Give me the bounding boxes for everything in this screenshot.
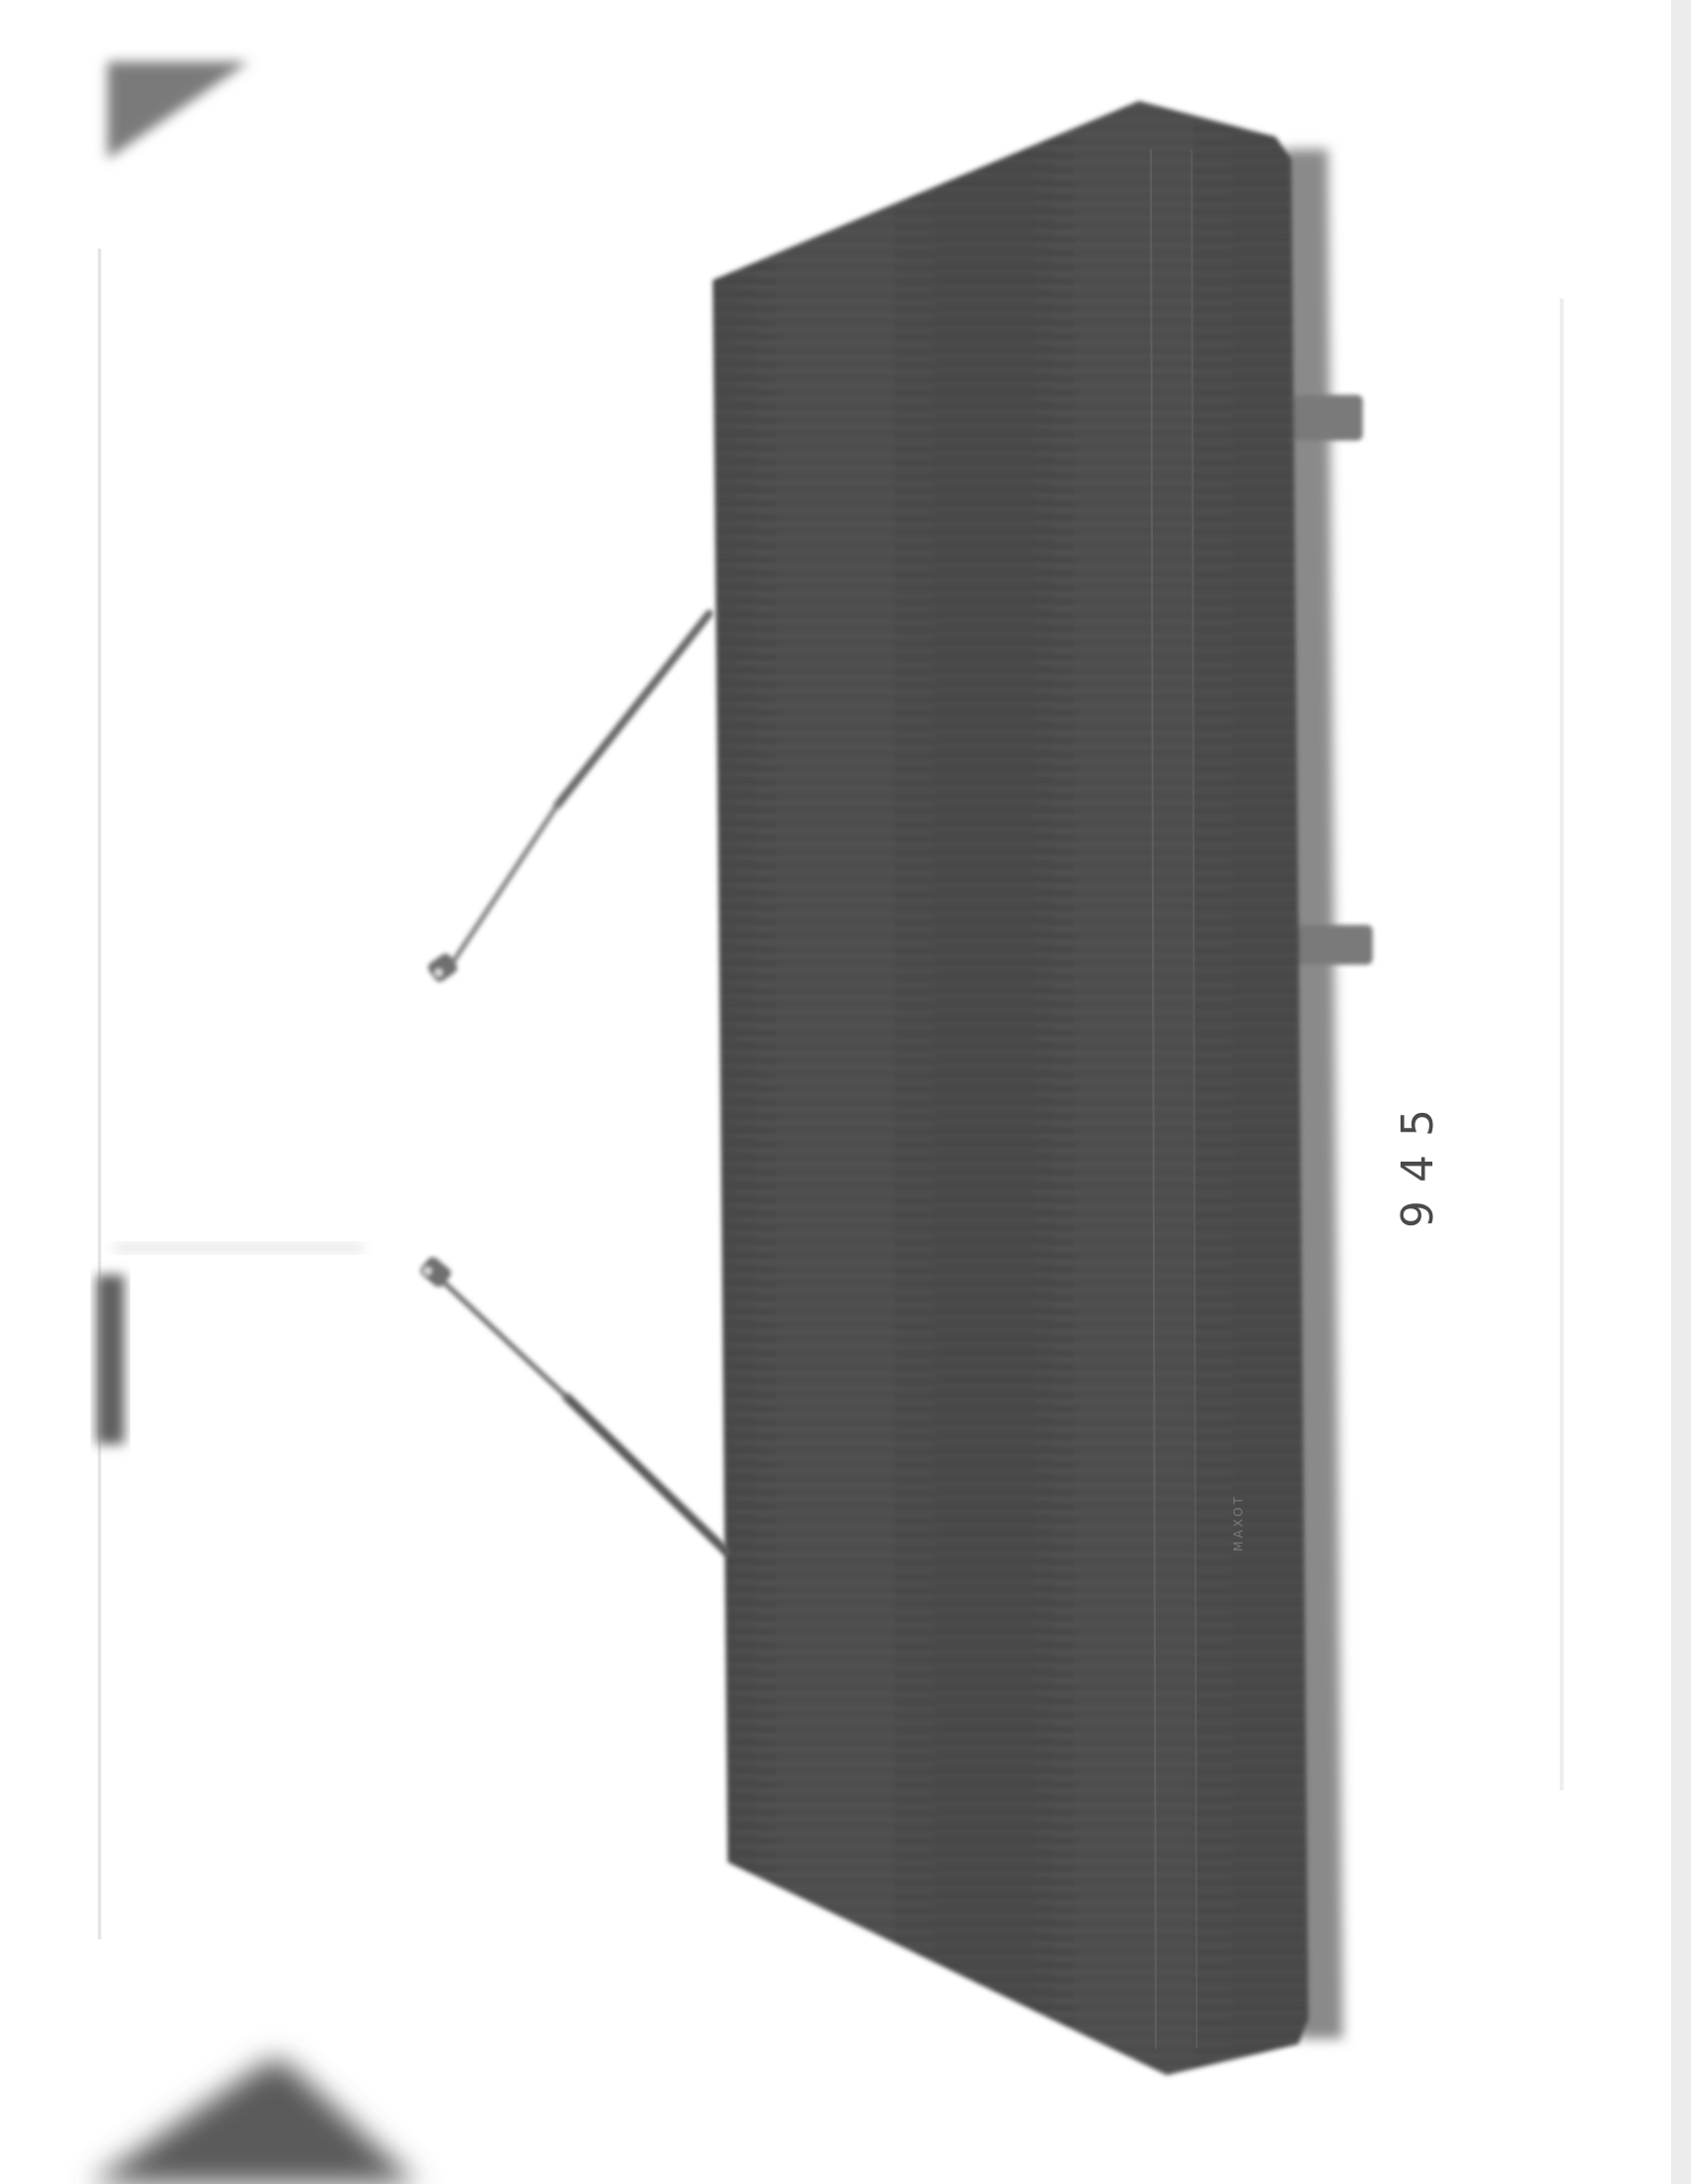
- scan-margin-strip: [1671, 0, 1691, 2184]
- device-foot-bottom: [1293, 925, 1373, 965]
- page-number: 945: [1393, 1029, 1452, 1228]
- scanned-photo-page: MAXOT 945: [0, 0, 1691, 2184]
- faint-smudge: [114, 1243, 363, 1253]
- device-foot-top: [1293, 395, 1363, 441]
- radio-receiver-body: [713, 101, 1308, 2075]
- device-brand-label: MAXOT: [1231, 1494, 1245, 1551]
- edge-artifact-bar: [96, 1275, 124, 1444]
